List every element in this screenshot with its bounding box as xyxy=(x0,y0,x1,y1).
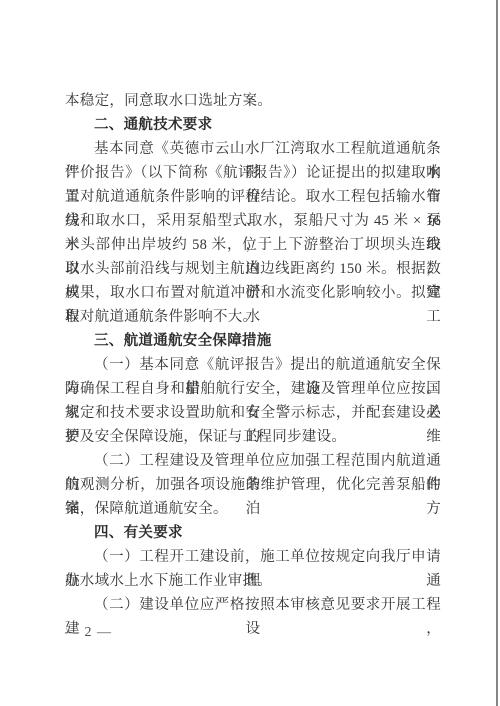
text-line: （一）基本同意《航评报告》提出的航道通航安全保障措施。 xyxy=(65,353,441,377)
section-heading: 二、通航技术要求 xyxy=(65,113,441,137)
text-line: 本稳定，同意取水口选址方案。 xyxy=(65,89,441,113)
scan-edge-line xyxy=(496,0,498,706)
text-line: 的观测分析，加强各项设施的维护管理，优化完善泵船的锚泊方 xyxy=(65,473,441,497)
text-line: 为确保工程自身和船舶航行安全，建设及管理单位应按国家有关 xyxy=(65,377,441,401)
text-line: 水头部伸出岸坡约 58 米，位于上下游整治丁坝坝头连线以内， xyxy=(65,233,441,257)
text-line: 成果，取水口布置对航道冲淤和水流变化影响较小。拟建取水工 xyxy=(65,281,441,305)
section-heading: 三、航道通航安全保障措施 xyxy=(65,329,441,353)
text-line: （二）建设单位应严格按照本审核意见要求开展工程建设， xyxy=(65,593,441,617)
text-line: （一）工程开工建设前，施工单位按规定向我厅申请办理通 xyxy=(65,545,441,569)
document-page: 本稳定，同意取水口选址方案。二、通航技术要求基本同意《英德市云山水厂江湾取水工程… xyxy=(0,0,500,706)
page-number: — 2 — xyxy=(65,621,112,645)
text-line: 取水头部前沿线与规划主航道边线距离约 150 米。根据数模研究 xyxy=(65,257,441,281)
text-line: 基本同意《英德市云山水厂江湾取水工程航道通航条件影响 xyxy=(65,137,441,161)
text-line: （二）工程建设及管理单位应加强工程范围内航道通航条件 xyxy=(65,449,441,473)
document-body: 本稳定，同意取水口选址方案。二、通航技术要求基本同意《英德市云山水厂江湾取水工程… xyxy=(65,89,441,617)
text-line: 房和取水口，采用泵船型式取水，泵船尺寸为 45 米 × 16 米，取 xyxy=(65,209,441,233)
text-line: 规定和技术要求设置助航和安全警示标志，并配套建设必要的维 xyxy=(65,401,441,425)
text-line: 置对航道通航条件影响的评价结论。取水工程包括输水管线、泵 xyxy=(65,185,441,209)
text-line: 评价报告》（以下简称《航评报告》）论证提出的拟建取水工程布 xyxy=(65,161,441,185)
section-heading: 四、有关要求 xyxy=(65,521,441,545)
